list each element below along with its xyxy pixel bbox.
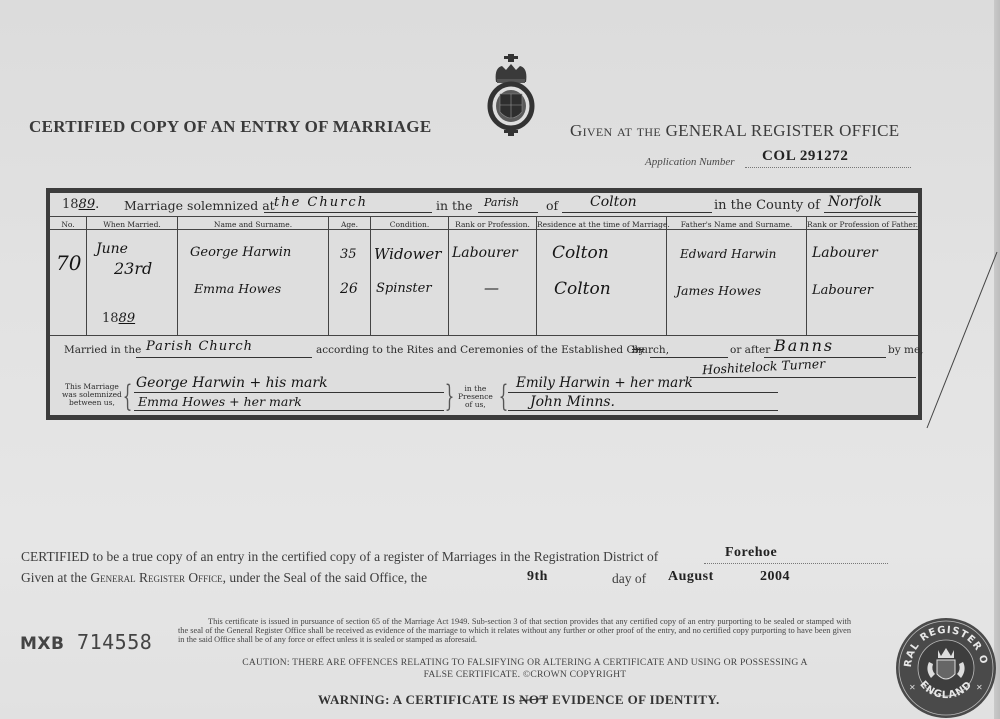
groom-profession: Labourer [452, 245, 518, 261]
application-number-label: Application Number [645, 156, 735, 168]
column-header-residence: Residence at the time of Marriage. [537, 220, 666, 229]
marriage-register-entry: 1889. Marriage solemnized at the Church … [46, 188, 922, 420]
register-year-hand: 89 [79, 197, 96, 212]
party-bride-signature: Emma Howes + her mark [138, 394, 302, 409]
bride-father-name: James Howes [676, 283, 761, 298]
register-year: 1889. [62, 197, 99, 212]
column-header-rank: Rank or Profession. [449, 220, 536, 229]
witness-2-signature: John Minns. [530, 394, 615, 410]
registration-district: Forehoe [725, 545, 777, 561]
certificate-serial-number: MXB 714558 [20, 630, 152, 654]
legal-notice: This certificate is issued in pursuance … [178, 617, 851, 645]
bride-father-profession: Labourer [812, 283, 873, 298]
district-type-value: Parish [484, 196, 519, 209]
svg-text:✕: ✕ [909, 683, 916, 692]
rites-text: according to the Rites and Ceremonies of… [316, 344, 669, 356]
groom-father-profession: Labourer [812, 245, 878, 261]
officiant-signature: Hoshitelock Turner [702, 356, 826, 377]
married-in-value: Parish Church [146, 339, 253, 354]
issuing-office-heading: Given at the GENERAL REGISTER OFFICE [570, 121, 899, 141]
party-groom-signature: George Harwin + his mark [136, 375, 328, 391]
certificate-title: CERTIFIED COPY OF AN ENTRY OF MARRIAGE [29, 117, 431, 137]
groom-residence: Colton [552, 243, 609, 263]
solemnized-at-label: Marriage solemnized at [124, 198, 275, 213]
column-header-no: No. [50, 220, 86, 229]
of-label: of [546, 198, 558, 213]
or-after-value: Banns [774, 336, 834, 355]
witness-brace: { [499, 379, 509, 414]
groom-father-name: Edward Harwin [680, 247, 776, 261]
bride-name: Emma Howes [194, 281, 281, 296]
royal-crest-icon [486, 54, 536, 138]
column-header-father-rank: Rank or Profession of Father. [807, 220, 918, 229]
bride-age: 26 [340, 281, 358, 297]
groom-age: 35 [340, 247, 357, 262]
solemnized-between-label: This Marriage was solemnized between us, [62, 383, 122, 407]
by-me-label: by me, [888, 344, 924, 356]
married-in-label: Married in the [64, 344, 141, 356]
in-the-label: in the [436, 198, 473, 213]
column-header-when-married: When Married. [87, 220, 177, 229]
day-of-label: day of [612, 571, 646, 587]
certification-day: 9th [527, 569, 548, 585]
bride-profession: — [484, 279, 499, 297]
svg-text:✕: ✕ [976, 683, 983, 692]
pen-stroke [925, 250, 1000, 430]
or-after-label: or after [730, 344, 770, 356]
official-seal-icon: GENERAL REGISTER OFFICE ENGLAND ✕ ✕ [893, 612, 999, 718]
caution-notice: CAUTION: THERE ARE OFFENCES RELATING TO … [200, 657, 850, 681]
entry-month: June [96, 241, 128, 257]
right-brace: } [445, 379, 455, 414]
groom-name: George Harwin [190, 245, 291, 260]
presence-label: in the Presence of us, [458, 385, 493, 409]
place-value: Colton [590, 194, 637, 210]
by-struck: by [632, 344, 645, 356]
application-number-dotline [745, 167, 911, 168]
column-header-father-name: Father's Name and Surname. [667, 220, 806, 229]
bride-condition: Spinster [376, 281, 432, 296]
identity-warning: WARNING: A CERTIFICATE IS NOT EVIDENCE O… [318, 692, 720, 708]
given-at-prefix: Given at the [570, 121, 661, 140]
column-header-age: Age. [329, 220, 370, 229]
bride-residence: Colton [554, 279, 611, 299]
column-header-condition: Condition. [371, 220, 448, 229]
entry-day: 23rd [114, 259, 152, 278]
solemnized-at-value: the Church [274, 195, 368, 210]
given-at-line: Given at the General Register Office, un… [21, 570, 427, 586]
county-label: in the County of [714, 198, 820, 213]
district-dotline [704, 563, 888, 564]
county-value: Norfolk [828, 194, 882, 210]
witness-1-signature: Emily Harwin + her mark [516, 375, 693, 391]
application-number: COL 291272 [762, 148, 848, 165]
certified-line: CERTIFIED to be a true copy of an entry … [21, 549, 658, 565]
certificate-page: CERTIFIED COPY OF AN ENTRY OF MARRIAGE G… [0, 0, 1000, 719]
entry-number: 70 [56, 251, 81, 275]
groom-condition: Widower [374, 245, 441, 263]
left-brace: { [123, 379, 133, 414]
entry-year: 1889 [102, 311, 135, 326]
certification-year: 2004 [760, 569, 790, 585]
given-at-office: GENERAL REGISTER OFFICE [666, 121, 900, 140]
column-header-name: Name and Surname. [178, 220, 328, 229]
certification-month: August [668, 569, 714, 585]
